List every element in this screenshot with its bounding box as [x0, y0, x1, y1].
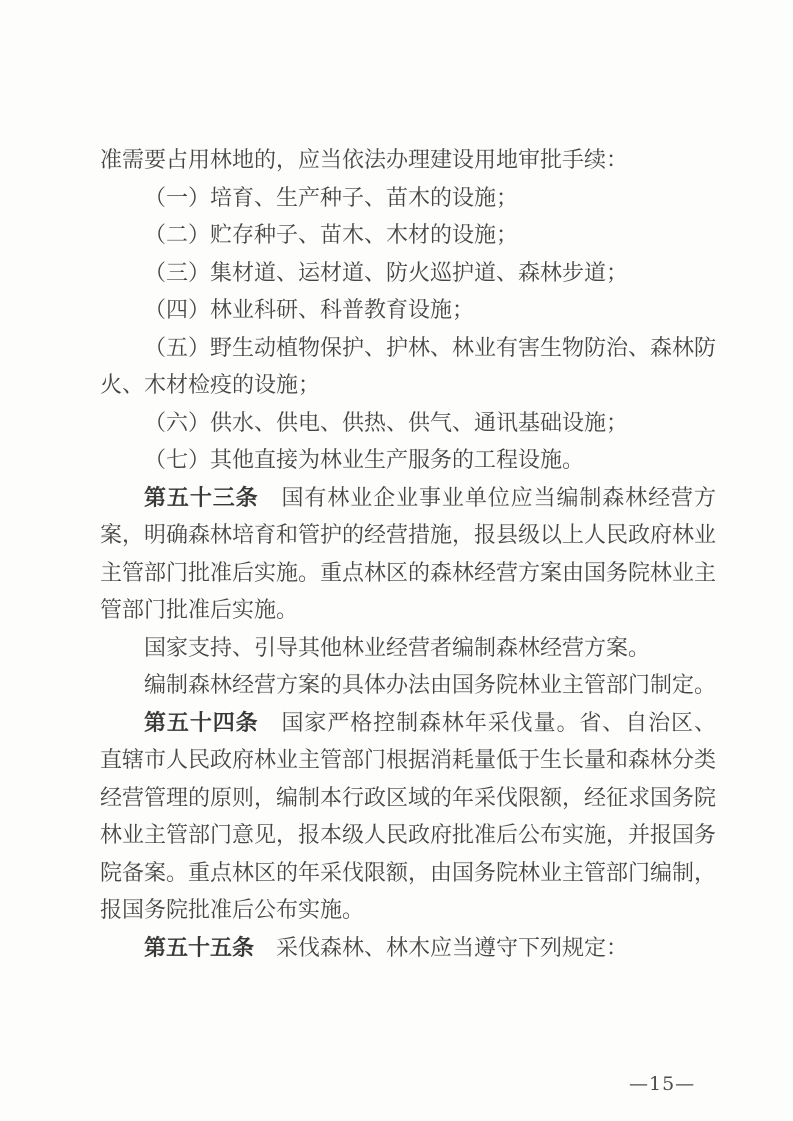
paragraph-text: （六）供水、供电、供热、供气、通讯基础设施；	[144, 410, 628, 435]
paragraph-text: （一）培育、生产种子、苗木的设施；	[144, 185, 518, 210]
list-item-7: （七）其他直接为林业生产服务的工程设施。	[100, 441, 716, 479]
paragraph-line: 准需要占用林地的，应当依法办理建设用地审批手续：	[100, 141, 716, 179]
paragraph-text: （三）集材道、运材道、防火巡护道、森林步道；	[144, 260, 628, 285]
paragraph-text: 编制森林经营方案的具体办法由国务院林业主管部门制定。	[144, 672, 716, 697]
paragraph-line: 编制森林经营方案的具体办法由国务院林业主管部门制定。	[100, 666, 716, 704]
document-body: 准需要占用林地的，应当依法办理建设用地审批手续： （一）培育、生产种子、苗木的设…	[100, 141, 716, 966]
article-55-paragraph: 第五十五条 采伐森林、林木应当遵守下列规定：	[100, 929, 716, 967]
list-item-4: （四）林业科研、科普教育设施；	[100, 291, 716, 329]
paragraph-text: （二）贮存种子、苗木、木材的设施；	[144, 222, 518, 247]
paragraph-text: 准需要占用林地的，应当依法办理建设用地审批手续：	[100, 147, 628, 172]
paragraph-text: （七）其他直接为林业生产服务的工程设施。	[144, 447, 584, 472]
article-number: 第五十四条	[144, 710, 259, 735]
paragraph-text: （五）野生动植物保护、护林、林业有害生物防治、森林防火、木材检疫的设施；	[100, 335, 716, 398]
document-page: 准需要占用林地的，应当依法办理建设用地审批手续： （一）培育、生产种子、苗木的设…	[0, 0, 793, 1121]
list-item-5: （五）野生动植物保护、护林、林业有害生物防治、森林防火、木材检疫的设施；	[100, 329, 716, 404]
paragraph-text: （四）林业科研、科普教育设施；	[144, 297, 474, 322]
list-item-1: （一）培育、生产种子、苗木的设施；	[100, 179, 716, 217]
paragraph-text: 采伐森林、林木应当遵守下列规定：	[254, 935, 628, 960]
paragraph-line: 国家支持、引导其他林业经营者编制森林经营方案。	[100, 629, 716, 667]
article-53-paragraph: 第五十三条 国有林业企业事业单位应当编制森林经营方案，明确森林培育和管护的经营措…	[100, 479, 716, 629]
article-number: 第五十三条	[144, 485, 259, 510]
paragraph-text: 国家支持、引导其他林业经营者编制森林经营方案。	[144, 635, 650, 660]
paragraph-text: 国家严格控制森林年采伐量。省、自治区、直辖市人民政府林业主管部门根据消耗量低于生…	[100, 710, 716, 923]
list-item-6: （六）供水、供电、供热、供气、通讯基础设施；	[100, 404, 716, 442]
article-number: 第五十五条	[144, 935, 254, 960]
list-item-3: （三）集材道、运材道、防火巡护道、森林步道；	[100, 254, 716, 292]
list-item-2: （二）贮存种子、苗木、木材的设施；	[100, 216, 716, 254]
page-number: —15—	[629, 1072, 695, 1096]
article-54-paragraph: 第五十四条 国家严格控制森林年采伐量。省、自治区、直辖市人民政府林业主管部门根据…	[100, 704, 716, 929]
